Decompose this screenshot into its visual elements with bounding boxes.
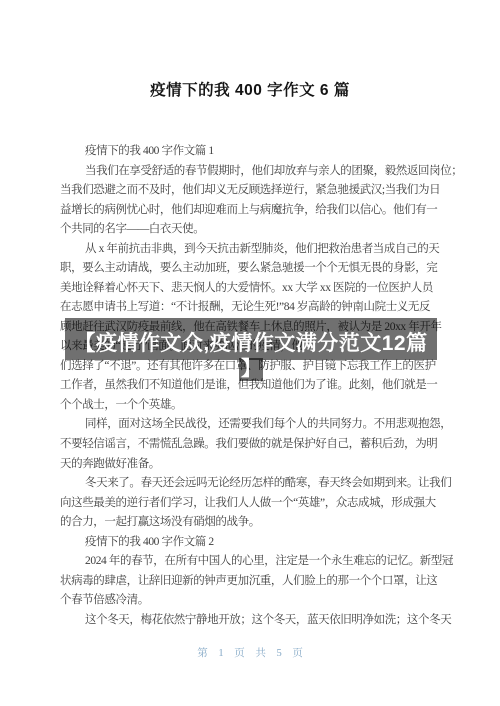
text-line-14: 个个战士，一个个英雄。: [60, 396, 455, 416]
pagination-current-page: 1: [218, 648, 223, 659]
text-line-17: 天的奔跑做好准备。: [60, 455, 455, 475]
text-line-22: 2024 年的春节，在所有中国人的心里，注定是一个永生难忘的记忆。新型冠: [60, 552, 455, 572]
pagination-label-total: 共: [255, 648, 266, 659]
text-line-20: 的合力，一起打赢这场没有硝烟的战争。: [60, 513, 455, 533]
text-line-16: 不要轻信谣言，不需慌乱急躁。我们要做的就是保护好自己，蓄积后劲，为明: [60, 435, 455, 455]
text-line-15: 同样，面对这场全民战役，还需要我们每个人的共同努力。不用悲观抱怨，: [60, 415, 455, 435]
watermark-text: 【疫情作文众,疫情作文满分范文12篇: [65, 333, 437, 355]
watermark-bracket-row: 】: [65, 358, 437, 381]
pagination-label-ye: 页: [234, 648, 245, 659]
text-line-25: 这个冬天，梅花依然宁静地开放；这个冬天，蓝天依旧明净如洗；这个冬天: [60, 611, 455, 631]
pagination-label-page: 第: [197, 648, 208, 659]
text-line-8: 美地诠释着心怀天下、悲天悯人的大爱情怀。xx 大学 xx 医院的一位医护人员: [60, 279, 455, 299]
text-line-2: 当我们在享受舒适的春节假期时，他们却放弃与亲人的团聚，毅然返回岗位；: [60, 162, 455, 182]
document-title: 疫情下的我 400 字作文 6 篇: [0, 78, 500, 100]
text-line-24: 个春节倍感冷清。: [60, 591, 455, 611]
pagination-label-ye2: 页: [292, 648, 303, 659]
text-line-6: 从 x 年前抗击非典，到今天抗击新型肺炎，他们把救治患者当成自己的天: [60, 240, 455, 260]
text-line-9: 在志愿申请书上写道：“不计报酬，无论生死!”84 岁高龄的钟南山院士义无反: [60, 298, 455, 318]
text-line-7: 职，要么主动请战，要么主动加班，要么紧急驰援一个个无惧无畏的身影，完: [60, 259, 455, 279]
text-line-21: 疫情下的我 400 字作文篇 2: [60, 533, 455, 553]
text-line-4: 益增长的病例忧心时，他们却迎难而上与病魔抗争，给我们以信心。他们有一: [60, 201, 455, 221]
text-line-18: 冬天来了。春天还会远吗无论经历怎样的酷寒，春天终会如期到来。让我们: [60, 474, 455, 494]
text-line-1: 疫情下的我 400 字作文篇 1: [60, 142, 455, 162]
text-line-3: 当我们恐避之而不及时，他们却义无反顾选择逆行，紧急驰援武汉;当我们为日: [60, 181, 455, 201]
watermark-closing-bracket: 】: [239, 358, 263, 381]
text-line-23: 状病毒的肆虐，让辞旧迎新的钟声更加沉重，人们脸上的那一个个口罩，让这: [60, 572, 455, 592]
text-line-5: 个共同的名字——白衣天使。: [60, 220, 455, 240]
pagination-total-pages: 5: [276, 648, 281, 659]
page-footer-pagination: 第 1 页 共 5 页: [0, 645, 500, 660]
document-page: 疫情下的我 400 字作文 6 篇 疫情下的我 400 字作文篇 1当我们在享受…: [0, 0, 500, 706]
text-line-19: 向这些最美的逆行者们学习，让我们人人做一个“英雄”，众志成城，形成强大: [60, 494, 455, 514]
document-body: 疫情下的我 400 字作文篇 1当我们在享受舒适的春节假期时，他们却放弃与亲人的…: [60, 142, 455, 630]
